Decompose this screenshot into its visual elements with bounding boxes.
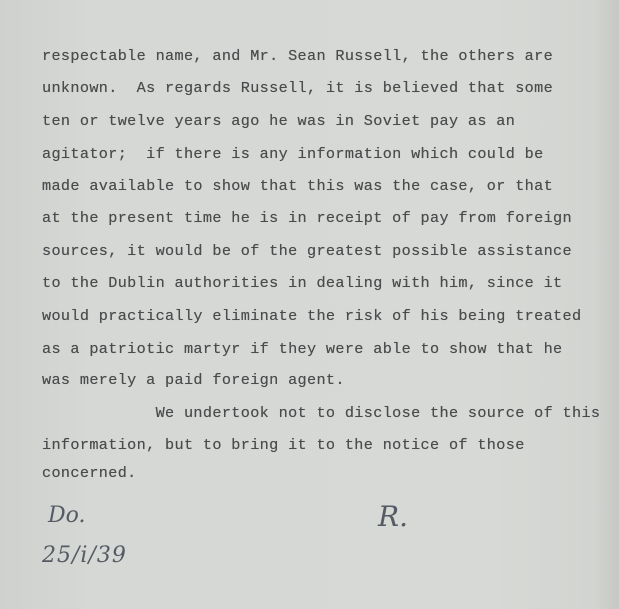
text-line: agitator; if there is any information wh… (42, 145, 544, 163)
text-line: We undertook not to disclose the source … (42, 404, 600, 422)
document-page: respectable name, and Mr. Sean Russell, … (0, 0, 619, 609)
text-line: made available to show that this was the… (42, 177, 553, 195)
handwritten-signature: R. (378, 500, 408, 533)
text-line: respectable name, and Mr. Sean Russell, … (42, 47, 553, 65)
text-line: unknown. As regards Russell, it is belie… (42, 79, 553, 97)
text-line: at the present time he is in receipt of … (42, 209, 572, 227)
handwritten-initials: Do. (48, 503, 86, 528)
text-line: information, but to bring it to the noti… (42, 436, 525, 454)
text-line: would practically eliminate the risk of … (42, 307, 581, 325)
text-line: ten or twelve years ago he was in Soviet… (42, 112, 515, 130)
text-line: sources, it would be of the greatest pos… (42, 242, 572, 260)
handwritten-date: 25/i/39 (42, 543, 127, 568)
text-line: concerned. (42, 464, 137, 482)
text-line: was merely a paid foreign agent. (42, 371, 345, 389)
text-line: as a patriotic martyr if they were able … (42, 340, 563, 358)
text-line: to the Dublin authorities in dealing wit… (42, 274, 563, 292)
